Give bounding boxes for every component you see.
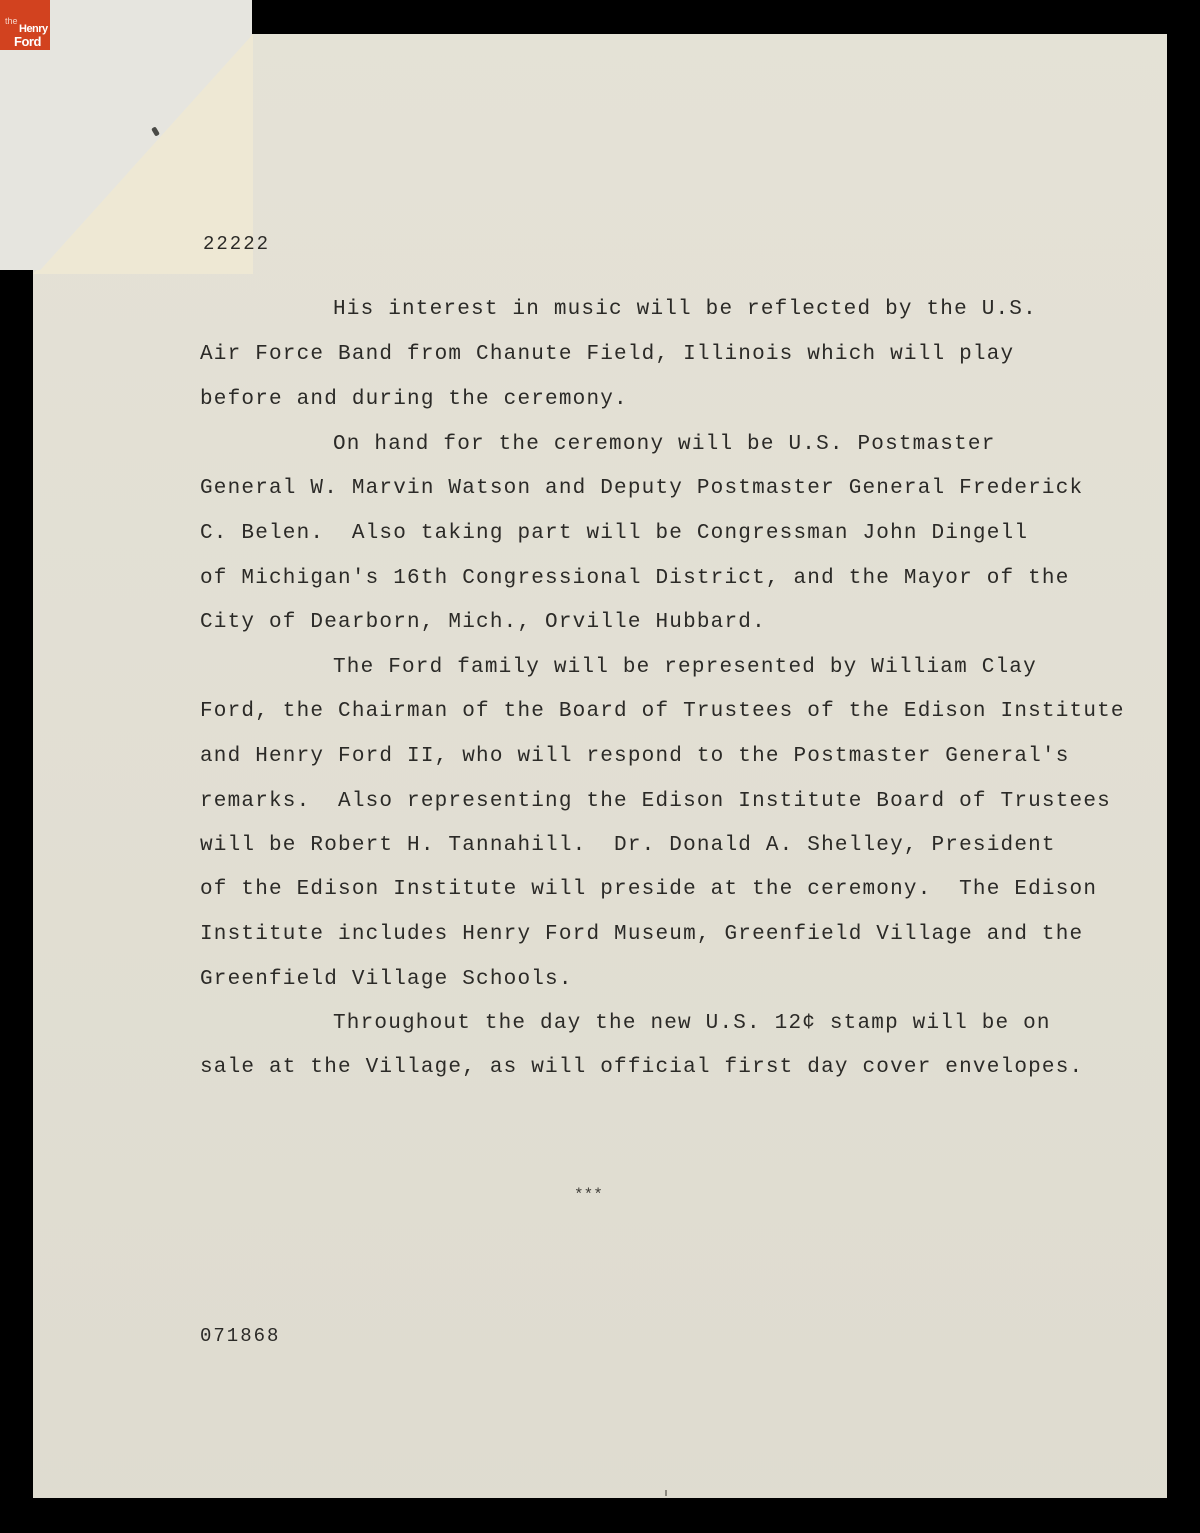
paragraph-3-line-1: The Ford family will be represented by W… [333, 656, 1037, 679]
end-mark: *** [574, 1186, 603, 1204]
paragraph-2-line-5: City of Dearborn, Mich., Orville Hubbard… [200, 611, 766, 634]
paragraph-3-line-2: Ford, the Chairman of the Board of Trust… [200, 700, 1125, 723]
henry-ford-logo: the Henry Ford [0, 0, 50, 50]
paper-mark [665, 1490, 667, 1496]
paragraph-3-line-3: and Henry Ford II, who will respond to t… [200, 745, 1070, 768]
paragraph-3-line-4: remarks. Also representing the Edison In… [200, 790, 1111, 813]
paragraph-3-line-8: Greenfield Village Schools. [200, 968, 573, 991]
paragraph-1-line-3: before and during the ceremony. [200, 388, 628, 411]
paragraph-2-line-2: General W. Marvin Watson and Deputy Post… [200, 477, 1083, 500]
paragraph-2-line-4: of Michigan's 16th Congressional Distric… [200, 567, 1070, 590]
logo-ford: Ford [14, 35, 41, 48]
paragraph-3-line-6: of the Edison Institute will preside at … [200, 878, 1097, 901]
paragraph-1-line-1: His interest in music will be reflected … [333, 298, 1037, 321]
paragraph-1-line-2: Air Force Band from Chanute Field, Illin… [200, 343, 1014, 366]
paragraph-4-line-2: sale at the Village, as will official fi… [200, 1056, 1083, 1079]
document-code: 071868 [200, 1325, 280, 1347]
page-number: 22222 [203, 233, 270, 255]
paragraph-3-line-7: Institute includes Henry Ford Museum, Gr… [200, 923, 1083, 946]
paragraph-2-line-1: On hand for the ceremony will be U.S. Po… [333, 433, 996, 456]
logo-the: the [5, 17, 18, 26]
paragraph-4-line-1: Throughout the day the new U.S. 12¢ stam… [333, 1012, 1051, 1035]
paragraph-3-line-5: will be Robert H. Tannahill. Dr. Donald … [200, 834, 1056, 857]
paragraph-2-line-3: C. Belen. Also taking part will be Congr… [200, 522, 1028, 545]
